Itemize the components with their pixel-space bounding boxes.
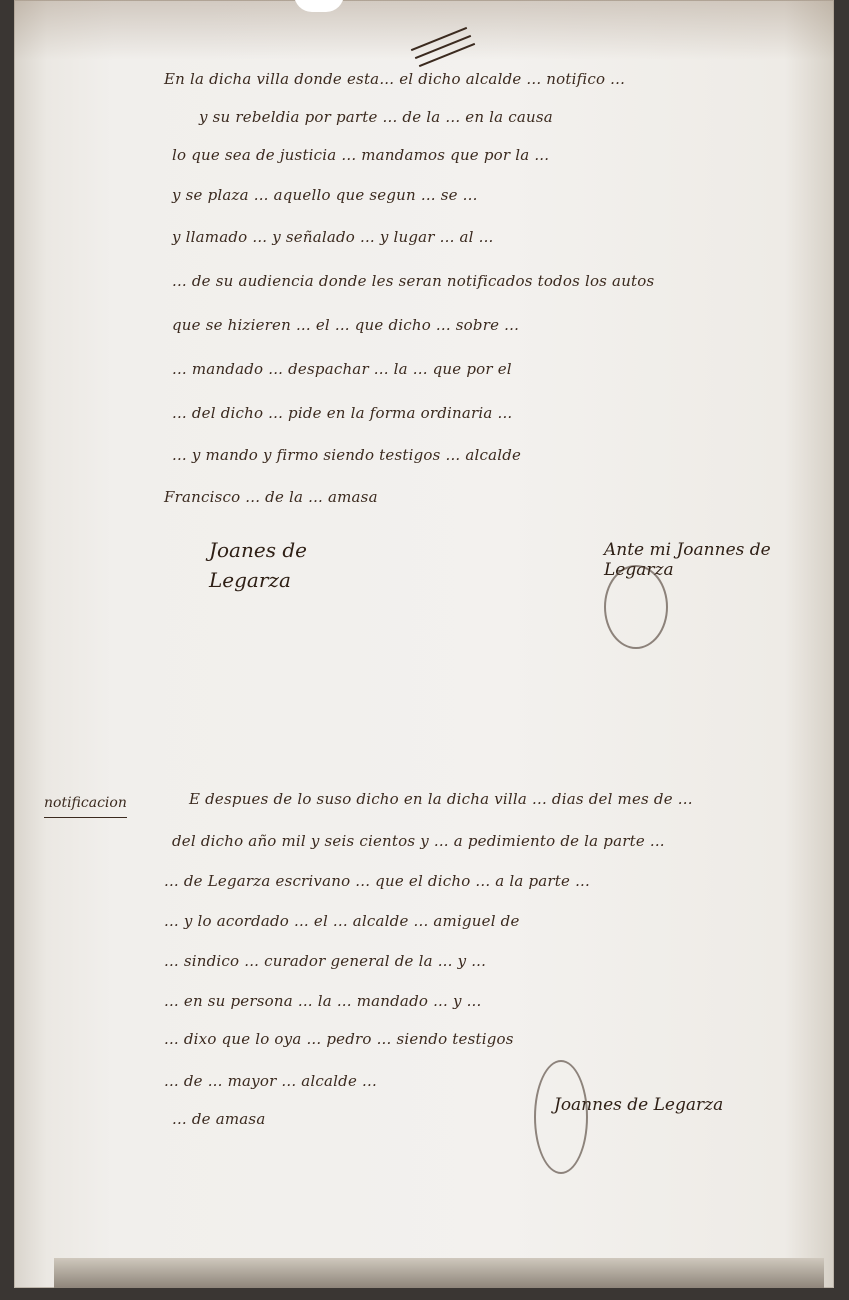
- text-line: ... dixo que lo oya ... pedro ... siendo…: [164, 1030, 514, 1048]
- text-line: ... en su persona ... la ... mandado ...…: [164, 992, 482, 1010]
- pen-strokes-mark: [409, 28, 479, 68]
- text-line: ... de amasa: [172, 1110, 265, 1128]
- text-line: del dicho año mil y seis cientos y ... a…: [172, 832, 665, 850]
- signature-flourish: [534, 1060, 588, 1174]
- text-line: ... del dicho ... pide en la forma ordin…: [172, 404, 512, 422]
- manuscript-page: En la dicha villa donde esta... el dicho…: [14, 0, 834, 1288]
- text-line: ... y mando y firmo siendo testigos ... …: [172, 446, 521, 464]
- text-line: y se plaza ... aquello que segun ... se …: [172, 186, 478, 204]
- torn-corner: [294, 0, 344, 12]
- text-line: y su rebeldia por parte ... de la ... en…: [199, 108, 553, 126]
- signature-flourish: [604, 565, 668, 649]
- text-line: ... mandado ... despachar ... la ... que…: [172, 360, 512, 378]
- text-line: En la dicha villa donde esta... el dicho…: [164, 70, 625, 88]
- page-bottom-edge: [54, 1258, 824, 1288]
- text-line: ... de ... mayor ... alcalde ...: [164, 1072, 377, 1090]
- text-line: ... de Legarza escrivano ... que el dich…: [164, 872, 590, 890]
- text-line: ... sindico ... curador general de la ..…: [164, 952, 486, 970]
- text-line: E despues de lo suso dicho en la dicha v…: [189, 790, 693, 808]
- text-line: ... de su audiencia donde les seran noti…: [172, 272, 654, 290]
- signature-joanes: Joanes de Legarza: [209, 535, 339, 595]
- text-line: que se hizieren ... el ... que dicho ...…: [172, 316, 519, 334]
- text-line: ... y lo acordado ... el ... alcalde ...…: [164, 912, 520, 930]
- margin-note: notificacion: [44, 795, 127, 818]
- text-line: y llamado ... y señalado ... y lugar ...…: [172, 228, 494, 246]
- closing-line: Francisco ... de la ... amasa: [164, 488, 378, 506]
- text-line: lo que sea de justicia ... mandamos que …: [172, 146, 549, 164]
